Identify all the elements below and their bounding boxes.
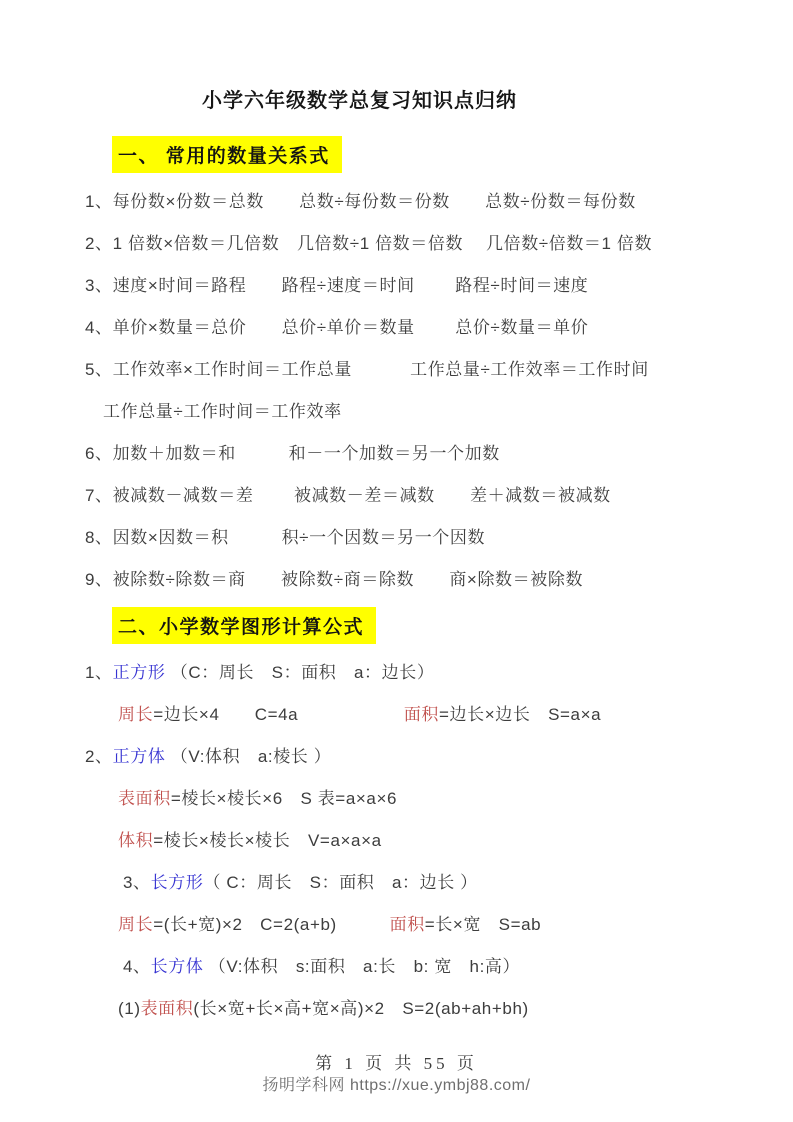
text-line: 4、单价×数量＝总价 总价÷单价＝数量 总价÷数量＝单价 <box>0 307 793 349</box>
text-line: (1)表面积(长×宽+长×高+宽×高)×2 S=2(ab+ah+bh) <box>0 988 793 1030</box>
text-line: 体积=棱长×棱长×棱长 V=a×a×a <box>0 820 793 862</box>
text-segment: 6、加数＋加数＝和 和－一个加数＝另一个加数 <box>85 444 500 463</box>
text-segment: 9、被除数÷除数＝商 被除数÷商＝除数 商×除数＝被除数 <box>85 570 583 589</box>
formula-term-red: 周长 <box>118 705 153 724</box>
text-segment: 3、速度×时间＝路程 路程÷速度＝时间 路程÷时间＝速度 <box>85 276 588 295</box>
text-segment: 工作总量÷工作时间＝工作效率 <box>103 402 342 421</box>
page-footer: 第 1 页 共 55 页 扬明学科网 https://xue.ymbj88.co… <box>0 1054 793 1096</box>
text-line: 2、正方体 （V:体积 a:棱长 ） <box>0 736 793 778</box>
text-segment: （V:体积 s:面积 a:长 b: 宽 h:高） <box>203 957 520 976</box>
text-segment: 2、1 倍数×倍数＝几倍数 几倍数÷1 倍数＝倍数 几倍数÷倍数＝1 倍数 <box>85 234 652 253</box>
formula-term-red: 面积 <box>390 915 425 934</box>
text-line: 表面积=棱长×棱长×6 S 表=a×a×6 <box>0 778 793 820</box>
text-segment: 2、 <box>85 747 113 766</box>
text-segment: =棱长×棱长×棱长 V=a×a×a <box>153 831 381 850</box>
text-line: 1、每份数×份数＝总数 总数÷每份数＝份数 总数÷份数＝每份数 <box>0 181 793 223</box>
section-1: 一、 常用的数量关系式1、每份数×份数＝总数 总数÷每份数＝份数 总数÷份数＝每… <box>0 136 793 601</box>
text-segment: 7、被减数－减数＝差 被减数－差＝减数 差＋减数＝被减数 <box>85 486 611 505</box>
text-line: 周长=边长×4 C=4a 面积=边长×边长 S=a×a <box>0 694 793 736</box>
section-heading: 二、小学数学图形计算公式 <box>112 607 376 644</box>
text-segment: =长×宽 S=ab <box>425 915 541 934</box>
document-body: 一、 常用的数量关系式1、每份数×份数＝总数 总数÷每份数＝份数 总数÷份数＝每… <box>0 136 793 1030</box>
formula-term-blue: 长方形 <box>151 873 204 892</box>
page-number-text: 第 1 页 共 55 页 <box>0 1054 793 1074</box>
text-line: 6、加数＋加数＝和 和－一个加数＝另一个加数 <box>0 433 793 475</box>
formula-term-blue: 正方体 <box>113 747 166 766</box>
page-title: 小学六年级数学总复习知识点归纳 <box>0 0 793 114</box>
text-segment: 3、 <box>123 873 151 892</box>
text-segment: (1) <box>118 999 141 1018</box>
text-line: 周长=(长+宽)×2 C=2(a+b) 面积=长×宽 S=ab <box>0 904 793 946</box>
formula-term-blue: 长方体 <box>151 957 204 976</box>
section-lines: 1、每份数×份数＝总数 总数÷每份数＝份数 总数÷份数＝每份数2、1 倍数×倍数… <box>0 181 793 601</box>
text-segment: 1、 <box>85 663 113 682</box>
formula-term-red: 表面积 <box>141 999 194 1018</box>
text-segment: =棱长×棱长×6 S 表=a×a×6 <box>171 789 397 808</box>
text-line: 3、速度×时间＝路程 路程÷速度＝时间 路程÷时间＝速度 <box>0 265 793 307</box>
section-heading: 一、 常用的数量关系式 <box>112 136 342 173</box>
formula-term-red: 表面积 <box>118 789 171 808</box>
text-segment: 5、工作效率×工作时间＝工作总量 工作总量÷工作效率＝工作时间 <box>85 360 649 379</box>
text-segment: （ C：周长 S：面积 a：边长 ） <box>203 873 477 892</box>
text-segment: =边长×4 C=4a <box>153 705 404 724</box>
document-page: 小学六年级数学总复习知识点归纳 一、 常用的数量关系式1、每份数×份数＝总数 总… <box>0 0 793 1096</box>
text-line: 2、1 倍数×倍数＝几倍数 几倍数÷1 倍数＝倍数 几倍数÷倍数＝1 倍数 <box>0 223 793 265</box>
text-segment: =边长×边长 S=a×a <box>439 705 601 724</box>
text-line: 4、长方体 （V:体积 s:面积 a:长 b: 宽 h:高） <box>0 946 793 988</box>
section-2: 二、小学数学图形计算公式1、正方形 （C：周长 S：面积 a：边长）周长=边长×… <box>0 607 793 1030</box>
text-segment: (长×宽+长×高+宽×高)×2 S=2(ab+ah+bh) <box>193 999 528 1018</box>
section-lines: 1、正方形 （C：周长 S：面积 a：边长）周长=边长×4 C=4a 面积=边长… <box>0 652 793 1030</box>
site-url-text: 扬明学科网 https://xue.ymbj88.com/ <box>0 1076 793 1096</box>
formula-term-red: 周长 <box>118 915 153 934</box>
text-segment: （C：周长 S：面积 a：边长） <box>165 663 434 682</box>
text-line: 9、被除数÷除数＝商 被除数÷商＝除数 商×除数＝被除数 <box>0 559 793 601</box>
formula-term-blue: 正方形 <box>113 663 166 682</box>
text-segment: （V:体积 a:棱长 ） <box>165 747 331 766</box>
text-segment: 4、 <box>123 957 151 976</box>
text-line: 5、工作效率×工作时间＝工作总量 工作总量÷工作效率＝工作时间 <box>0 349 793 391</box>
formula-term-red: 体积 <box>118 831 153 850</box>
text-line: 3、长方形（ C：周长 S：面积 a：边长 ） <box>0 862 793 904</box>
text-line: 7、被减数－减数＝差 被减数－差＝减数 差＋减数＝被减数 <box>0 475 793 517</box>
text-line: 工作总量÷工作时间＝工作效率 <box>0 391 793 433</box>
text-segment: 1、每份数×份数＝总数 总数÷每份数＝份数 总数÷份数＝每份数 <box>85 192 636 211</box>
text-line: 1、正方形 （C：周长 S：面积 a：边长） <box>0 652 793 694</box>
text-segment: 8、因数×因数＝积 积÷一个因数＝另一个因数 <box>85 528 485 547</box>
formula-term-red: 面积 <box>404 705 439 724</box>
text-segment: =(长+宽)×2 C=2(a+b) <box>153 915 389 934</box>
text-segment: 4、单价×数量＝总价 总价÷单价＝数量 总价÷数量＝单价 <box>85 318 588 337</box>
text-line: 8、因数×因数＝积 积÷一个因数＝另一个因数 <box>0 517 793 559</box>
